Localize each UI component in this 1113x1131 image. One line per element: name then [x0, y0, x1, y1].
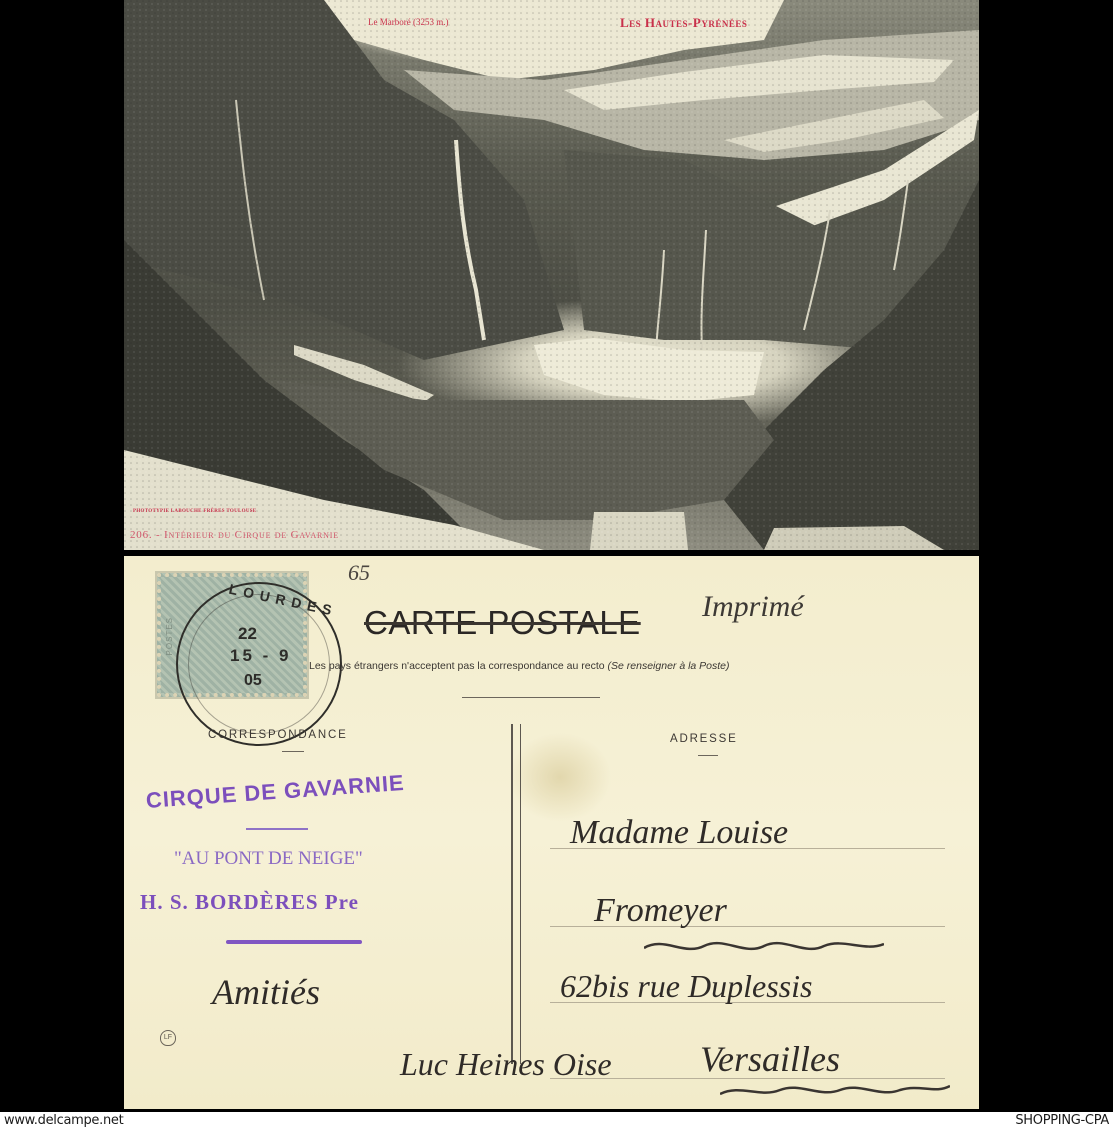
hotel-stamp-rule-bottom	[226, 940, 362, 944]
center-divider	[511, 724, 513, 1064]
postmark-date: 15 - 9	[230, 646, 291, 666]
hotel-stamp-line3: H. S. BORDÈRES Pre	[140, 890, 359, 915]
postcard-back: 65 POSTES LOURDES 22 15 - 9 05 CARTE POS…	[124, 556, 979, 1109]
postmark-year: 05	[244, 672, 262, 690]
hotel-stamp-line2: "AU PONT DE NEIGE"	[174, 848, 363, 870]
handwritten-signature: Luc Heines Oise	[400, 1046, 612, 1083]
postcard-front-photo: Le Marboré (3253 m.) Les Hautes-Pyrénées…	[124, 0, 979, 550]
divider-rule	[462, 697, 600, 698]
notice-hint: (Se renseigner à la Poste)	[608, 660, 730, 672]
hotel-stamp-rule-top	[246, 828, 308, 830]
notice-text: Les pays étrangers n'acceptent pas la co…	[309, 660, 605, 672]
watermark-footer: www.delcampe.net SHOPPING-CPA	[0, 1112, 1113, 1131]
address-underline	[698, 755, 718, 756]
site-link[interactable]: www.delcampe.net	[4, 1113, 123, 1128]
correspondence-underline	[282, 751, 304, 752]
handwritten-address-line2: Fromeyer	[594, 892, 727, 930]
handwritten-address-line3: 62bis rue Duplessis	[560, 968, 812, 1005]
peak-caption: Le Marboré (3253 m.)	[368, 17, 448, 27]
underline-squiggle-city	[720, 1080, 950, 1100]
handwritten-address-line1: Madame Louise	[570, 814, 788, 852]
stamp-label: POSTES	[165, 617, 174, 655]
underline-squiggle-surname	[644, 934, 884, 958]
center-divider-secondary	[520, 724, 521, 1064]
correspondence-label: CORRESPONDANCE	[208, 729, 348, 741]
handwritten-address-line4: Versailles	[700, 1038, 840, 1080]
postmark-time: 22	[238, 624, 257, 644]
printer-credit: PHOTOTYPIE LABOUCHE FRÈRES TOULOUSE	[133, 509, 256, 514]
hotel-stamp-line1: CIRQUE DE GAVARNIE	[145, 770, 405, 814]
card-title: 206. - Intérieur du Cirque de Gavarnie	[130, 529, 339, 541]
seller-name: SHOPPING-CPA	[1015, 1113, 1109, 1128]
department-note: 65	[348, 560, 370, 586]
mountain-landscape-illustration	[124, 0, 979, 550]
region-caption: Les Hautes-Pyrénées	[620, 15, 747, 31]
postal-notice: Les pays étrangers n'acceptent pas la co…	[309, 660, 730, 672]
address-label: ADRESSE	[670, 733, 738, 745]
publisher-logo: LF	[160, 1030, 176, 1046]
handwritten-greeting: Amitiés	[212, 971, 320, 1013]
card-heading: CARTE POSTALE	[364, 604, 641, 642]
handwritten-status: Imprimé	[702, 590, 804, 624]
